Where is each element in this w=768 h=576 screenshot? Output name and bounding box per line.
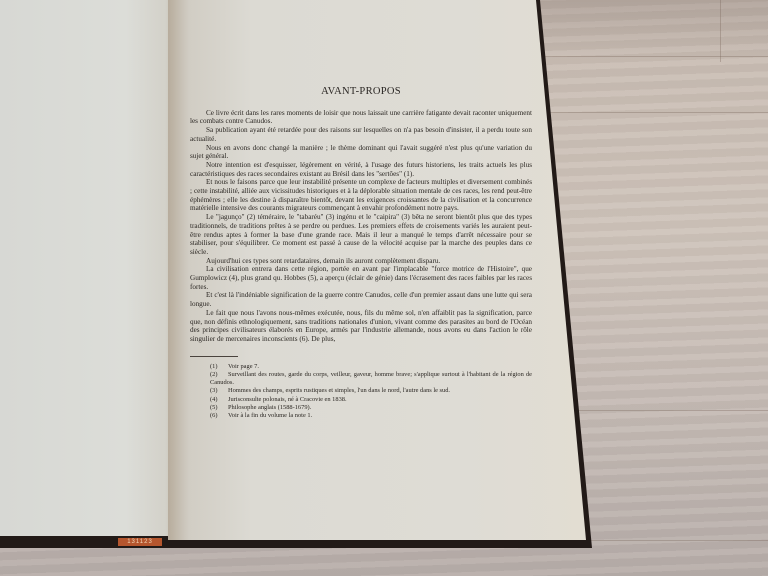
footnote-rule [190,356,238,357]
footnote: (5)Philosophe anglais (1588-1679). [190,404,532,412]
paragraph: Ce livre écrit dans les rares moments de… [190,109,532,126]
footnote-number: (1) [210,363,228,371]
paragraph: Notre intention est d'esquisser, légèrem… [190,161,532,178]
paragraph: Aujourd'hui ces types sont retardataires… [190,257,532,266]
footnote: (6)Voir à la fin du volume la note 1. [190,412,532,420]
footnote-text: Hommes des champs, esprits rustiques et … [228,387,450,394]
page-title: AVANT-PROPOS [190,88,532,97]
footnote-number: (2) [210,371,228,379]
paragraph: La civilisation entrera dans cette régio… [190,265,532,291]
paragraph: Et nous le faisons parce que leur instab… [190,178,532,213]
footnote-number: (5) [210,404,228,412]
page-text: AVANT-PROPOS Ce livre écrit dans les rar… [190,88,532,420]
footnote-text: Voir à la fin du volume la note 1. [228,412,312,419]
footnote-number: (4) [210,396,228,404]
footnote-text: Philosophe anglais (1588-1679). [228,404,311,411]
plank-seam [540,56,768,57]
footnote: (4)Jurisconsulte polonais, né à Cracovie… [190,396,532,404]
footnote: (1)Voir page 7. [190,363,532,371]
footnote-number: (6) [210,412,228,420]
paragraph: Le "jagunço" (2) téméraire, le "tabaréu"… [190,213,532,257]
plank-seam [720,0,721,62]
plank-seam [540,112,768,113]
paragraph: Et c'est là l'indéniable signification d… [190,291,532,308]
paragraph: Le fait que nous l'avons nous-mêmes exéc… [190,309,532,344]
footnote: (2)Surveillant des routes, garde du corp… [190,371,532,387]
body-paragraphs: Ce livre écrit dans les rares moments de… [190,109,532,344]
footnote: (3)Hommes des champs, esprits rustiques … [190,387,532,395]
footnote-text: Jurisconsulte polonais, né à Cracovie en… [228,396,347,403]
spine-label: 131123 [118,538,162,546]
footnote-text: Surveillant des routes, garde du corps, … [210,371,532,386]
paragraph: Nous en avons donc changé la manière ; l… [190,144,532,161]
footnotes: (1)Voir page 7.(2)Surveillant des routes… [190,363,532,420]
footnote-number: (3) [210,387,228,395]
paragraph: Sa publication ayant été retardée pour d… [190,126,532,143]
footnote-text: Voir page 7. [228,363,259,370]
left-page-blank [0,0,180,536]
